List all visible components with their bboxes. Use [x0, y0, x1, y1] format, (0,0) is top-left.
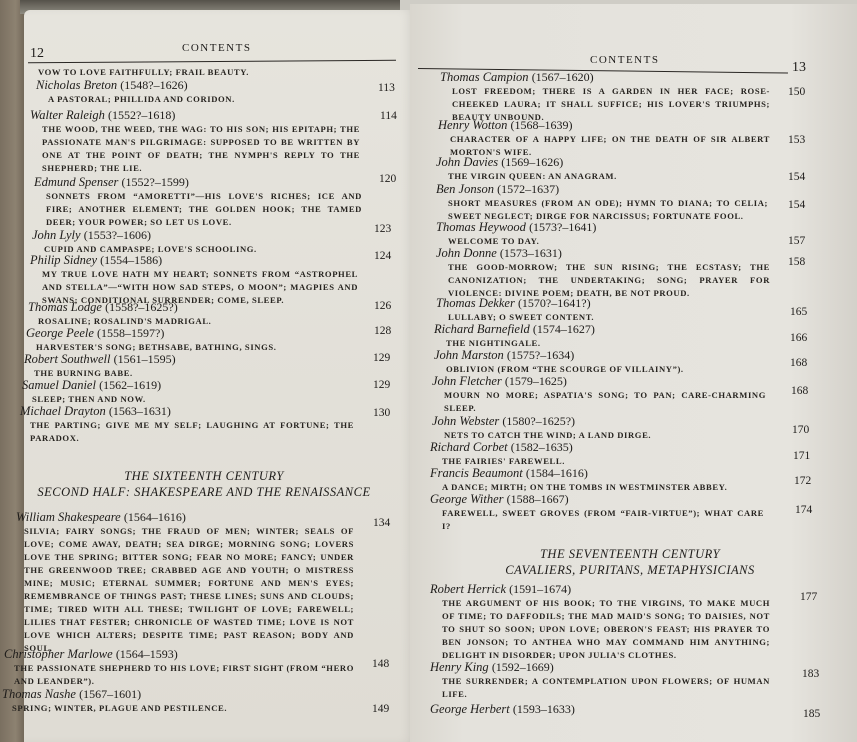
poem-list: SONNETS FROM “AMORETTI”—HIS LOVE'S RICHE… [34, 190, 362, 229]
right-page: CONTENTS 13 Thomas Campion (1567–1620) L… [410, 4, 857, 742]
toc-entry: Thomas Nashe (1567–1601) SPRING; WINTER,… [2, 687, 352, 715]
toc-entry: Thomas Lodge (1558?–1625?) ROSALINE; ROS… [28, 300, 358, 328]
page-ref: 158 [788, 256, 805, 268]
page-ref: 185 [803, 708, 820, 720]
toc-entry: John Fletcher (1579–1625) MOURN NO MORE;… [432, 374, 766, 415]
poet-dates: (1579–1625) [505, 374, 567, 388]
poet-dates: (1553?–1606) [84, 228, 151, 242]
toc-entry: Christopher Marlowe (1564–1593) THE PASS… [4, 647, 354, 688]
poet-name: John Fletcher [432, 374, 502, 388]
toc-entry: William Shakespeare (1564–1616) SILVIA; … [16, 510, 354, 655]
page-number: 12 [30, 46, 44, 62]
toc-entry: Francis Beaumont (1584–1616) A DANCE; MI… [430, 466, 764, 494]
section-heading: The Sixteenth Century Second Half: Shake… [14, 468, 394, 500]
poet-dates: (1554–1586) [100, 253, 162, 267]
page-ref: 174 [795, 504, 812, 516]
page-ref: 130 [373, 407, 390, 419]
poet-name: George Wither [430, 492, 503, 506]
poet-name: Richard Barnefield [434, 322, 530, 336]
open-book-photo: 12 CONTENTS VOW TO LOVE FAITHFULLY; FRAI… [0, 0, 857, 742]
poet-dates: (1552?–1618) [108, 108, 175, 122]
poet-dates: (1564–1616) [124, 510, 186, 524]
running-head: CONTENTS [590, 54, 659, 66]
toc-entry: Richard Corbet (1582–1635) THE FAIRIES' … [430, 440, 764, 468]
toc-entry: John Donne (1573–1631) THE GOOD-MORROW; … [436, 246, 770, 300]
poem-list: SPRING; WINTER, PLAGUE AND PESTILENCE. [2, 702, 352, 715]
poet-dates: (1580?–1625?) [502, 414, 575, 428]
poet-name: John Davies [436, 155, 498, 169]
poet-name: Ben Jonson [436, 182, 494, 196]
header-rule [28, 60, 396, 64]
toc-entry: Walter Raleigh (1552?–1618) THE WOOD, TH… [30, 108, 360, 175]
poem-list: THE PARTING; GIVE ME MY SELF; LAUGHING A… [20, 419, 354, 445]
poet-name: George Peele [26, 326, 94, 340]
poet-dates: (1563–1631) [109, 404, 171, 418]
poet-name: John Webster [432, 414, 499, 428]
page-ref: 134 [373, 517, 390, 529]
poet-dates: (1584–1616) [526, 466, 588, 480]
poem-list: THE SURRENDER; A CONTEMPLATION UPON FLOW… [430, 675, 770, 701]
poet-name: Francis Beaumont [430, 466, 523, 480]
poet-dates: (1573?–1641) [529, 220, 596, 234]
toc-entry: Henry King (1592–1669) THE SURRENDER; A … [430, 660, 770, 701]
section-heading: The Seventeenth Century Cavaliers, Purit… [470, 546, 790, 578]
poem-list: THE ARGUMENT OF HIS BOOK; TO THE VIRGINS… [430, 597, 770, 662]
left-page: 12 CONTENTS VOW TO LOVE FAITHFULLY; FRAI… [24, 10, 416, 742]
toc-entry: Edmund Spenser (1552?–1599) SONNETS FROM… [34, 175, 362, 229]
poet-dates: (1561–1595) [114, 352, 176, 366]
toc-entry: Thomas Heywood (1573?–1641) WELCOME TO D… [436, 220, 768, 248]
page-ref: 157 [788, 235, 805, 247]
poet-name: Michael Drayton [20, 404, 106, 418]
poem-list: THE WOOD, THE WEED, THE WAG: TO HIS SON;… [30, 123, 360, 175]
poet-dates: (1575?–1634) [507, 348, 574, 362]
toc-entry: Richard Barnefield (1574–1627) THE NIGHT… [434, 322, 768, 350]
poet-dates: (1572–1637) [497, 182, 559, 196]
page-ref: 129 [373, 379, 390, 391]
poet-dates: (1562–1619) [99, 378, 161, 392]
toc-entry: John Davies (1569–1626) THE VIRGIN QUEEN… [436, 155, 768, 183]
poet-name: Henry Wotton [438, 118, 507, 132]
poem-list: THE GOOD-MORROW; THE SUN RISING; THE ECS… [436, 261, 770, 300]
toc-entry: Nicholas Breton (1548?–1626) A PASTORAL;… [36, 78, 356, 106]
poet-name: Christopher Marlowe [4, 647, 113, 661]
page-ref: 177 [800, 591, 817, 603]
toc-entry: Thomas Dekker (1570?–1641?) LULLABY; O S… [436, 296, 770, 324]
toc-entry: John Webster (1580?–1625?) NETS TO CATCH… [432, 414, 766, 442]
poet-dates: (1573–1631) [500, 246, 562, 260]
poet-name: Robert Herrick [430, 582, 506, 596]
page-ref: 153 [788, 134, 805, 146]
toc-entry: John Marston (1575?–1634) OBLIVION (FROM… [434, 348, 768, 376]
poem-list: FAREWELL, SWEET GROVES (FROM “FAIR-VIRTU… [430, 507, 764, 533]
poet-name: John Donne [436, 246, 497, 260]
poet-name: Robert Southwell [24, 352, 110, 366]
toc-entry: Thomas Campion (1567–1620) LOST FREEDOM;… [440, 70, 770, 124]
toc-entry: Ben Jonson (1572–1637) SHORT MEASURES (F… [436, 182, 768, 223]
poet-dates: (1558?–1625?) [105, 300, 178, 314]
page-ref: 168 [790, 357, 807, 369]
toc-entry: George Peele (1558–1597?) HARVESTER'S SO… [26, 326, 356, 354]
page-ref: 149 [372, 703, 389, 715]
page-number: 13 [792, 60, 806, 76]
toc-entry: George Wither (1588–1667) FAREWELL, SWEE… [430, 492, 764, 533]
toc-entry: John Lyly (1553?–1606) CUPID AND CAMPASP… [32, 228, 360, 256]
poet-name: John Lyly [32, 228, 81, 242]
poet-name: John Marston [434, 348, 504, 362]
page-ref: 170 [792, 424, 809, 436]
poet-name: Philip Sidney [30, 253, 97, 267]
poet-name: Thomas Heywood [436, 220, 526, 234]
page-ref: 172 [794, 475, 811, 487]
page-ref: 113 [378, 82, 395, 94]
page-ref: 124 [374, 250, 391, 262]
poet-dates: (1591–1674) [509, 582, 571, 596]
poet-name: William Shakespeare [16, 510, 121, 524]
toc-entry: Michael Drayton (1563–1631) THE PARTING;… [20, 404, 354, 445]
poet-name: Edmund Spenser [34, 175, 118, 189]
poet-dates: (1582–1635) [511, 440, 573, 454]
page-ref: 154 [788, 171, 805, 183]
toc-entry: Henry Wotton (1568–1639) CHARACTER OF A … [438, 118, 770, 159]
page-ref: 165 [790, 306, 807, 318]
page-ref: 166 [790, 332, 807, 344]
page-ref: 148 [372, 658, 389, 670]
poet-dates: (1564–1593) [116, 647, 178, 661]
page-ref: 129 [373, 352, 390, 364]
poet-dates: (1552?–1599) [122, 175, 189, 189]
poet-name: Thomas Campion [440, 70, 529, 84]
poet-dates: (1568–1639) [510, 118, 572, 132]
page-ref: 171 [793, 450, 810, 462]
page-ref: 154 [788, 199, 805, 211]
poet-dates: (1558–1597?) [97, 326, 164, 340]
poet-name: Henry King [430, 660, 489, 674]
poet-dates: (1569–1626) [501, 155, 563, 169]
poet-name: Walter Raleigh [30, 108, 105, 122]
poet-dates: (1593–1633) [513, 702, 575, 716]
poet-dates: (1570?–1641?) [518, 296, 591, 310]
page-ref: 150 [788, 86, 805, 98]
poet-dates: (1574–1627) [533, 322, 595, 336]
poet-dates: (1548?–1626) [120, 78, 187, 92]
poet-dates: (1567–1620) [532, 70, 594, 84]
poet-name: Thomas Dekker [436, 296, 515, 310]
poet-name: George Herbert [430, 702, 510, 716]
poet-name: Thomas Lodge [28, 300, 102, 314]
toc-entry: Samuel Daniel (1562–1619) SLEEP; THEN AN… [22, 378, 352, 406]
page-ref: 126 [374, 300, 391, 312]
page-ref: 168 [791, 385, 808, 397]
poem-list: A PASTORAL; PHILLIDA AND CORIDON. [36, 93, 356, 106]
poet-name: Thomas Nashe [2, 687, 76, 701]
poet-dates: (1567–1601) [79, 687, 141, 701]
toc-entry: Philip Sidney (1554–1586) MY TRUE LOVE H… [30, 253, 358, 307]
page-ref: 120 [379, 173, 396, 185]
running-head: CONTENTS [182, 42, 251, 54]
page-ref: 183 [802, 668, 819, 680]
poet-name: Samuel Daniel [22, 378, 96, 392]
poet-name: Richard Corbet [430, 440, 508, 454]
poet-dates: (1592–1669) [492, 660, 554, 674]
poem-list: SILVIA; FAIRY SONGS; THE FRAUD OF MEN; W… [16, 525, 354, 655]
poet-name: Nicholas Breton [36, 78, 117, 92]
page-ref: 128 [374, 325, 391, 337]
toc-entry: George Herbert (1593–1633) [430, 702, 770, 717]
poem-list: THE PASSIONATE SHEPHERD TO HIS LOVE; FIR… [4, 662, 354, 688]
page-ref: 123 [374, 223, 391, 235]
poem-list: MOURN NO MORE; ASPATIA'S SONG; TO PAN; C… [432, 389, 766, 415]
page-ref: 114 [380, 110, 397, 122]
toc-entry: Robert Herrick (1591–1674) THE ARGUMENT … [430, 582, 770, 662]
toc-entry: Robert Southwell (1561–1595) THE BURNING… [24, 352, 354, 380]
poet-dates: (1588–1667) [507, 492, 569, 506]
